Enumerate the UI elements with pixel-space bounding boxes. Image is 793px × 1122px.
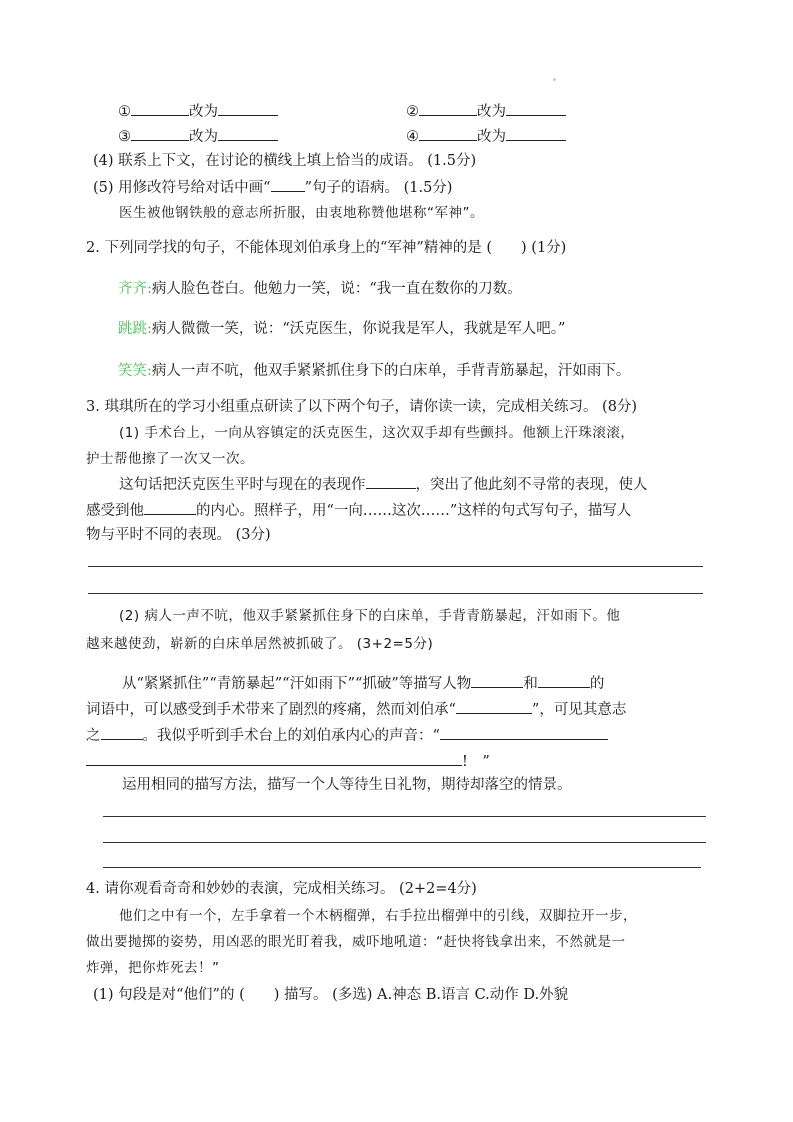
revise-item-1: ①改为 xyxy=(118,100,278,122)
q3-part2-line4: ! ” xyxy=(86,750,490,772)
text: ，突出了他此刻不寻常的表现，使人 xyxy=(416,477,648,493)
passage-line-2: 做出要抛掷的姿势，用凶恶的眼光盯着我，威吓地吼道：“赶快将钱拿出来，不然就是一 xyxy=(86,932,626,952)
answer-blank[interactable] xyxy=(218,125,278,141)
option-tiaotiao: 跳跳:病人微微一笑，说：“沃克医生，你说我是军人，我就是军人吧。” xyxy=(118,319,565,339)
sentence-2-line-2: 越来越使劲，崭新的白床单居然被抓破了。 (3+2=5分) xyxy=(86,634,433,654)
sentence-1-line-2: 护士帮他擦了一次又一次。 xyxy=(86,449,254,469)
text: 从“紧紧抓住”“青筋暴起”“汗如雨下”“抓破”等描写人物 xyxy=(122,676,471,692)
revise-item-4: ④改为 xyxy=(406,125,566,147)
answer-blank[interactable] xyxy=(144,499,196,515)
q3-part1-line1: 这句话把沃克医生平时与现在的表现作，突出了他此刻不寻常的表现，使人 xyxy=(119,473,648,495)
sub-question-5: (5) 用修改符号给对话中画“”句子的语病。 (1.5分) xyxy=(93,176,452,198)
q3-part3-instruction: 运用相同的描写方法，描写一个人等待生日礼物，期待却落空的情景。 xyxy=(122,775,572,795)
question-3-stem: 3. 琪琪所在的学习小组重点研读了以下两个句子，请你读一读，完成相关练习。 (8… xyxy=(86,397,637,417)
q3-part2-line2: 词语中，可以感受到手术带来了剧烈的疼痛，然而刘伯承“”，可见其意志 xyxy=(86,698,626,720)
text: 和 xyxy=(523,676,538,692)
item-number: ① xyxy=(118,104,131,120)
answer-blank[interactable] xyxy=(456,698,532,714)
text: 之 xyxy=(86,728,101,744)
text: ”句子的语病。 (1.5分) xyxy=(305,180,453,196)
answer-blank[interactable] xyxy=(131,100,189,116)
scan-speck xyxy=(553,78,556,81)
sub-question-4-1: (1) 句段是对“他们”的 ( ) 描写。 (多选) A.神态 B.语言 C.动… xyxy=(93,985,568,1005)
option-qiqi: 齐齐:病人脸色苍白。他勉力一笑，说：“我一直在数你的刀数。 xyxy=(118,279,522,299)
item-label: 改为 xyxy=(477,129,506,145)
text: 感受到他 xyxy=(86,503,144,519)
option-text: 病人脸色苍白。他勉力一笑，说：“我一直在数你的刀数。 xyxy=(152,281,522,297)
text: 的内心。照样子，用“一向……这次……”这样的句式写句子，描写人 xyxy=(196,503,631,519)
answer-blank[interactable] xyxy=(506,100,566,116)
student-name: 笑笑: xyxy=(118,363,152,379)
answer-blank[interactable] xyxy=(86,750,462,766)
answer-blank[interactable] xyxy=(101,724,143,740)
q3-part1-line3: 物与平时不同的表现。 (3分) xyxy=(86,525,271,545)
revise-item-2: ②改为 xyxy=(406,100,566,122)
underline-mark xyxy=(271,176,305,192)
sentence-1-line-1: (1) 手术台上，一向从容镇定的沃克医生，这次双手却有些颤抖。他额上汗珠滚滚， xyxy=(119,423,634,443)
sentence-with-error: 医生被他钢铁般的意志所折服，由衷地称赞他堪称“军神”。 xyxy=(119,203,484,223)
text: 词语中，可以感受到手术带来了剧烈的疼痛，然而刘伯承“ xyxy=(86,702,456,718)
text: (5) 用修改符号给对话中画“ xyxy=(93,180,271,196)
answer-blank[interactable] xyxy=(471,672,523,688)
answer-blank[interactable] xyxy=(506,125,566,141)
text: 。我似乎听到手术台上的刘伯承内心的声音：“ xyxy=(143,728,440,744)
q3-part2-line3: 之。我似乎听到手术台上的刘伯承内心的声音：“ xyxy=(86,724,608,746)
student-name: 齐齐: xyxy=(118,281,152,297)
answer-line[interactable] xyxy=(88,566,703,567)
answer-line[interactable] xyxy=(103,867,701,868)
student-name: 跳跳: xyxy=(118,321,152,337)
answer-blank[interactable] xyxy=(218,100,278,116)
option-xiaoxiao: 笑笑:病人一声不吭，他双手紧紧抓住身下的白床单，手背青筋暴起，汗如雨下。 xyxy=(118,361,630,381)
answer-blank[interactable] xyxy=(366,473,416,489)
sub-question-4: (4) 联系上下文，在讨论的横线上填上恰当的成语。 (1.5分) xyxy=(93,151,476,171)
text: ! ” xyxy=(462,754,490,770)
answer-line[interactable] xyxy=(88,593,703,594)
question-4-stem: 4. 请你观看奇奇和妙妙的表演，完成相关练习。 (2+2=4分) xyxy=(86,879,477,899)
q3-part1-line2: 感受到他的内心。照样子，用“一向……这次……”这样的句式写句子，描写人 xyxy=(86,499,631,521)
answer-blank[interactable] xyxy=(538,672,590,688)
answer-blank[interactable] xyxy=(419,100,477,116)
text: 这句话把沃克医生平时与现在的表现作 xyxy=(119,477,366,493)
item-number: ③ xyxy=(118,129,131,145)
item-number: ② xyxy=(406,104,419,120)
text: ”，可见其意志 xyxy=(532,702,626,718)
question-2-stem: 2. 下列同学找的句子，不能体现刘伯承身上的“军神”精神的是 ( ) (1分) xyxy=(86,238,566,258)
option-text: 病人微微一笑，说：“沃克医生，你说我是军人，我就是军人吧。” xyxy=(152,321,566,337)
answer-blank[interactable] xyxy=(419,125,477,141)
item-label: 改为 xyxy=(477,104,506,120)
option-text: 病人一声不吭，他双手紧紧抓住身下的白床单，手背青筋暴起，汗如雨下。 xyxy=(152,363,631,379)
answer-blank[interactable] xyxy=(440,724,608,740)
q3-part2-line1: 从“紧紧抓住”“青筋暴起”“汗如雨下”“抓破”等描写人物和的 xyxy=(122,672,604,694)
item-label: 改为 xyxy=(189,129,218,145)
sentence-2-line-1: (2) 病人一声不吭，他双手紧紧抓住身下的白床单，手背青筋暴起，汗如雨下。他 xyxy=(119,606,620,626)
passage-line-3: 炸弹，把你炸死去！” xyxy=(86,958,220,978)
text: 的 xyxy=(590,676,605,692)
answer-line[interactable] xyxy=(103,816,706,817)
answer-blank[interactable] xyxy=(131,125,189,141)
item-label: 改为 xyxy=(189,104,218,120)
revise-item-3: ③改为 xyxy=(118,125,278,147)
item-number: ④ xyxy=(406,129,419,145)
answer-line[interactable] xyxy=(103,842,706,843)
passage-line-1: 他们之中有一个，左手拿着一个木柄榴弹，右手拉出榴弹中的引线，双脚拉开一步， xyxy=(119,906,637,926)
